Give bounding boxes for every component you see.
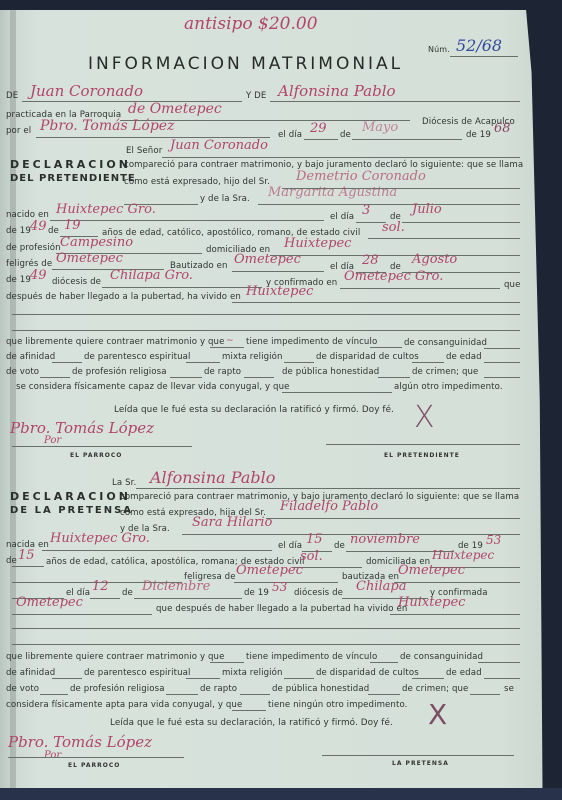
groom-born-day-label: el día [330, 212, 354, 222]
groom-parroco-label: EL PARROCO [70, 452, 122, 459]
senor-value: Juan Coronado [170, 138, 268, 153]
groom-baptized-in: Ometepec [234, 252, 301, 267]
groom-lived-label: después de haber llegado a la pubertad, … [6, 292, 241, 302]
bride-born-year: 53 [486, 533, 501, 547]
bride-impediment-line-3f: se [504, 684, 514, 694]
groom-impediment-line-3b: de profesión religiosa [72, 367, 167, 377]
groom-mother: Margarita Agustina [268, 185, 397, 200]
groom-pretendiente-label: EL PRETENDIENTE [384, 452, 460, 459]
de-label-2: de [340, 130, 351, 140]
parish-value: de Ometepec [128, 101, 222, 117]
groom-age: 19 [64, 218, 81, 233]
groom-mother-label: y de la Sra. [200, 194, 250, 204]
bride-impediment-line-2d: de disparidad de cultos [316, 668, 419, 678]
groom-impediment-line-3c: de rapto [204, 367, 241, 377]
groom-bapt-diocese-label: diócesis de [52, 277, 101, 287]
groom-father-label: como está expresado, hijo del Sr. [124, 177, 270, 187]
bride-impediment-line-1b: tiene impedimento de vínculo [246, 652, 377, 662]
document-title: INFORMACION MATRIMONIAL [88, 54, 403, 74]
bride-parroco-label: EL PARROCO [68, 762, 120, 769]
groom-born-day: 3 [362, 203, 370, 218]
bride-bapt-diocese: Chilapa [356, 579, 406, 594]
y-de-label: Y DE [246, 91, 266, 101]
groom-impediment-line-2e: de edad [446, 352, 482, 362]
bride-father: Filadelfo Pablo [280, 499, 378, 514]
groom-impediment-line-3d: de pública honestidad [282, 367, 379, 377]
year-label: de 19 [466, 130, 491, 140]
groom-priest-por: Por [44, 435, 61, 446]
groom-bapt-year-label: de 19 [6, 275, 31, 285]
groom-impediment-line-3e: de crimen; que [412, 367, 478, 377]
book-cover-edge [0, 788, 562, 800]
groom-parish: Ometepec [56, 251, 123, 266]
bride-impediment-line-4a: considera físicamente apta para vida con… [6, 700, 242, 710]
groom-father: Demetrio Coronado [296, 169, 426, 184]
bride-bapt-year-label: de 19 [244, 588, 269, 598]
bride-age-pre: de [6, 556, 17, 566]
bride-impediment-line-3a: de voto [6, 684, 39, 694]
day-value: 29 [310, 121, 327, 136]
year-value: 68 [494, 121, 511, 136]
bride-born-day: 15 [306, 532, 323, 547]
groom-impediment-line-2b: de parentesco espiritual [84, 352, 191, 362]
bride-section-title: DECLARACION [10, 490, 131, 503]
groom-confirmed-in: Ometepec Gro. [344, 269, 443, 284]
bride-impediment-line-1c: de consanguinidad [400, 652, 483, 662]
bride-priest-por: Por [44, 750, 61, 761]
groom-impediment-line-4a: se considera físicamente capaz de llevar… [16, 382, 290, 392]
bride-civil-state: sol. [300, 549, 323, 564]
groom-read-line: Leída que le fué esta su declaración la … [114, 405, 394, 415]
groom-impediment-line-2c: mixta religión [222, 352, 283, 362]
groom-impediment-line-2a: de afinidad [6, 352, 55, 362]
record-number-value: 52/68 [456, 36, 502, 55]
groom-profession-label: de profesión [6, 243, 61, 253]
groom-name: Juan Coronado [30, 82, 143, 100]
groom-civil-state: sol. [382, 220, 405, 235]
bride-impediment-line-3c: de rapto [200, 684, 237, 694]
bride-pretensa-label: LA PRETENSA [392, 760, 449, 767]
bride-la-sr-label: La Sr. [112, 478, 136, 488]
officiant-name: Pbro. Tomás López [40, 118, 174, 134]
bride-born-day-label: el día [278, 541, 302, 551]
bride-lived-in: Huixtepec [398, 595, 465, 610]
bride-signature-mark: X [428, 698, 447, 731]
groom-bapt-month: Agosto [412, 252, 457, 267]
groom-impediment-line-1a: que libremente quiere contraer matrimoni… [6, 337, 224, 347]
bride-impediment-line-4b: tiene ningún otro impedimento. [268, 700, 408, 710]
groom-impediment-line-1c: de consanguinidad [404, 338, 487, 348]
bride-impediment-line-1a: que libremente quiere contraer matrimoni… [6, 652, 224, 662]
groom-domicile: Huixtepec [284, 236, 351, 251]
no-mark: ~ [226, 336, 234, 346]
groom-que-label: que [504, 280, 521, 290]
bride-read-line: Leída que le fué esta su declaración, la… [110, 718, 393, 728]
month-value: Mayo [362, 120, 398, 135]
bride-mother: Sara Hilario [192, 515, 272, 530]
groom-year-label: de 19 [6, 226, 31, 236]
bride-bapt-diocese-label: diócesis de [294, 588, 343, 598]
groom-bapt-diocese: Chilapa Gro. [110, 268, 193, 283]
groom-lived-in: Huixtepec [246, 284, 313, 299]
bride-impediment-line-3e: de crimen; que [402, 684, 468, 694]
bride-bapt-month-label: de [122, 588, 133, 598]
groom-impediment-line-2d: de disparidad de cultos [316, 352, 419, 362]
groom-age-pre: de [48, 226, 59, 236]
bride-name-intro: Alfonsina Pablo [278, 82, 396, 100]
bride-impediment-line-3d: de pública honestidad [272, 684, 369, 694]
groom-bapt-year: 49 [30, 268, 47, 283]
bride-priest-signature: Pbro. Tomás López [8, 733, 152, 751]
bride-born-place: Huixtepec Gro. [50, 531, 150, 546]
groom-section-subtitle: DEL PRETENDIENTE [10, 173, 136, 184]
day-label: el día [278, 130, 302, 140]
bride-baptized-in: Ometepec [398, 563, 465, 578]
groom-bapt-day: 28 [362, 253, 379, 268]
senor-label: El Señor [126, 146, 162, 156]
groom-signature-mark: X [414, 400, 435, 435]
de-label: DE [6, 91, 18, 101]
record-number-label: Núm. [428, 45, 450, 54]
groom-profession: Campesino [60, 235, 133, 250]
by-label: por el [6, 126, 31, 136]
bride-confirmed-in: Ometepec [16, 595, 83, 610]
bride-impediment-line-2c: mixta religión [222, 668, 283, 678]
bride-bapt-day: 12 [92, 579, 109, 594]
bride-domicile: Huixtepec [432, 548, 494, 562]
bride-born-month-label: de [334, 541, 345, 551]
groom-impediment-line-1b: tiene impedimento de vínculo [246, 337, 377, 347]
bride-section-subtitle: DE LA PRETENSA [10, 505, 133, 516]
groom-born-year: 49 [30, 219, 47, 234]
bride-lived-label: que después de haber llegado a la pubert… [156, 604, 407, 614]
bride-name: Alfonsina Pablo [150, 468, 275, 487]
groom-impediment-line-3a: de voto [6, 367, 39, 377]
groom-impediment-line-4b: algún otro impedimento. [394, 382, 503, 392]
bride-parish: Ometepec [236, 563, 303, 578]
bride-born-month: noviembre [350, 532, 420, 547]
groom-born-place: Huixtepec Gro. [56, 202, 156, 217]
bride-impediment-line-2e: de edad [446, 668, 482, 678]
groom-born-month: Julio [412, 202, 442, 217]
advance-payment-note: antisipo $20.00 [184, 14, 318, 34]
groom-priest-signature: Pbro. Tomás López [10, 419, 154, 437]
bride-impediment-line-2a: de afinidad [6, 668, 55, 678]
bride-impediment-line-3b: de profesión religiosa [70, 684, 165, 694]
bride-age: 15 [18, 548, 35, 563]
bride-bapt-month: Diciembre [142, 579, 210, 594]
bride-bapt-year: 53 [272, 580, 287, 594]
bride-impediment-line-2b: de parentesco espiritual [84, 668, 191, 678]
groom-section-title: DECLARACION [10, 158, 131, 171]
